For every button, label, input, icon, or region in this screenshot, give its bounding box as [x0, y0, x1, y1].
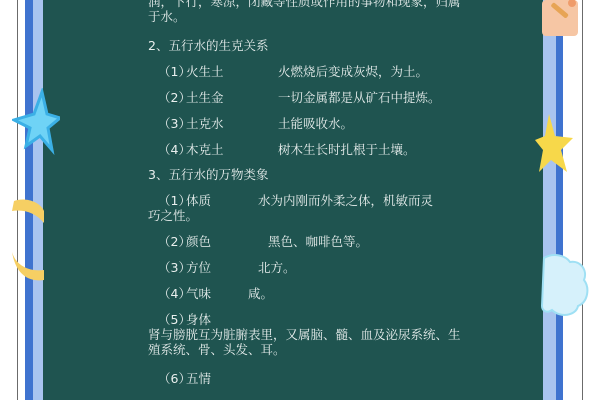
item-term: 体质 — [186, 193, 258, 208]
peach-block-icon — [540, 0, 580, 38]
crescent-moon-icon — [10, 195, 46, 231]
item-description: 土能吸收水。 — [278, 116, 353, 131]
item-term: 土克水 — [186, 116, 278, 131]
blue-star-icon — [12, 88, 60, 156]
item-number: （6） — [158, 371, 186, 386]
item-description: 咸。 — [248, 286, 273, 301]
item-term: 土生金 — [186, 90, 278, 105]
item-number: （1） — [158, 64, 186, 79]
item-number: （4） — [158, 142, 186, 157]
item-number: （3） — [158, 116, 186, 131]
list-item: （1） 火生土 火燃烧后变成灰烬，为土。 — [148, 64, 468, 79]
item-description: 树木生长时扎根于土壤。 — [278, 142, 416, 157]
item-description-continued: 巧之性。 — [148, 208, 468, 223]
item-description: 肾与膀胱互为脏腑表里，又属脑、髓、血及泌尿系统、生殖系统、骨、头发、耳。 — [148, 327, 468, 357]
frame-outline-right — [582, 0, 588, 400]
frame-strip-dark-right — [556, 0, 563, 400]
list-item: （5） 身体 肾与膀胱互为脏腑表里，又属脑、髓、血及泌尿系统、生殖系统、骨、头发… — [148, 312, 468, 357]
item-term: 木克土 — [186, 142, 278, 157]
list-item: （2） 颜色 黑色、咖啡色等。 — [148, 234, 468, 249]
item-number: （1） — [158, 193, 186, 208]
item-description: 火燃烧后变成灰烬，为土。 — [278, 64, 428, 79]
item-description: 水为内刚而外柔之体，机敏而灵 — [258, 193, 433, 208]
item-term: 火生土 — [186, 64, 278, 79]
frame-strip-light-right — [543, 0, 556, 400]
item-term: 方位 — [186, 260, 258, 275]
item-number: （2） — [158, 234, 186, 249]
list-item: （4） 气味 咸。 — [148, 286, 468, 301]
list-item: （6） 五情 — [148, 371, 468, 386]
list-item: （3） 方位 北方。 — [148, 260, 468, 275]
section-heading: 3、五行水的万物类象 — [148, 167, 468, 182]
list-item: （4） 木克土 树木生长时扎根于土壤。 — [148, 142, 468, 157]
item-term: 五情 — [186, 371, 258, 386]
article-content: 润，下行，寒凉，闭藏等性质或作用的事物和现象，归属于水。 2、五行水的生克关系 … — [148, 0, 468, 386]
item-number: （3） — [158, 260, 186, 275]
item-term: 气味 — [186, 286, 248, 301]
list-item: （1） 体质 水为内刚而外柔之体，机敏而灵 巧之性。 — [148, 193, 468, 223]
yellow-star-icon — [535, 110, 583, 180]
item-description: 一切金属都是从矿石中提炼。 — [278, 90, 441, 105]
item-term: 身体 — [186, 312, 258, 327]
item-description: 北方。 — [258, 260, 296, 275]
item-number: （5） — [158, 312, 186, 327]
item-description: 黑色、咖啡色等。 — [268, 234, 368, 249]
item-term: 颜色 — [186, 234, 268, 249]
section-heading: 2、五行水的生克关系 — [148, 38, 468, 53]
item-number: （2） — [158, 90, 186, 105]
item-number: （4） — [158, 286, 186, 301]
list-item: （2） 土生金 一切金属都是从矿石中提炼。 — [148, 90, 468, 105]
intro-paragraph: 润，下行，寒凉，闭藏等性质或作用的事物和现象，归属于水。 — [148, 0, 468, 24]
crescent-moon-icon — [10, 248, 46, 284]
list-item: （3） 土克水 土能吸收水。 — [148, 116, 468, 131]
cloud-icon — [540, 252, 590, 318]
